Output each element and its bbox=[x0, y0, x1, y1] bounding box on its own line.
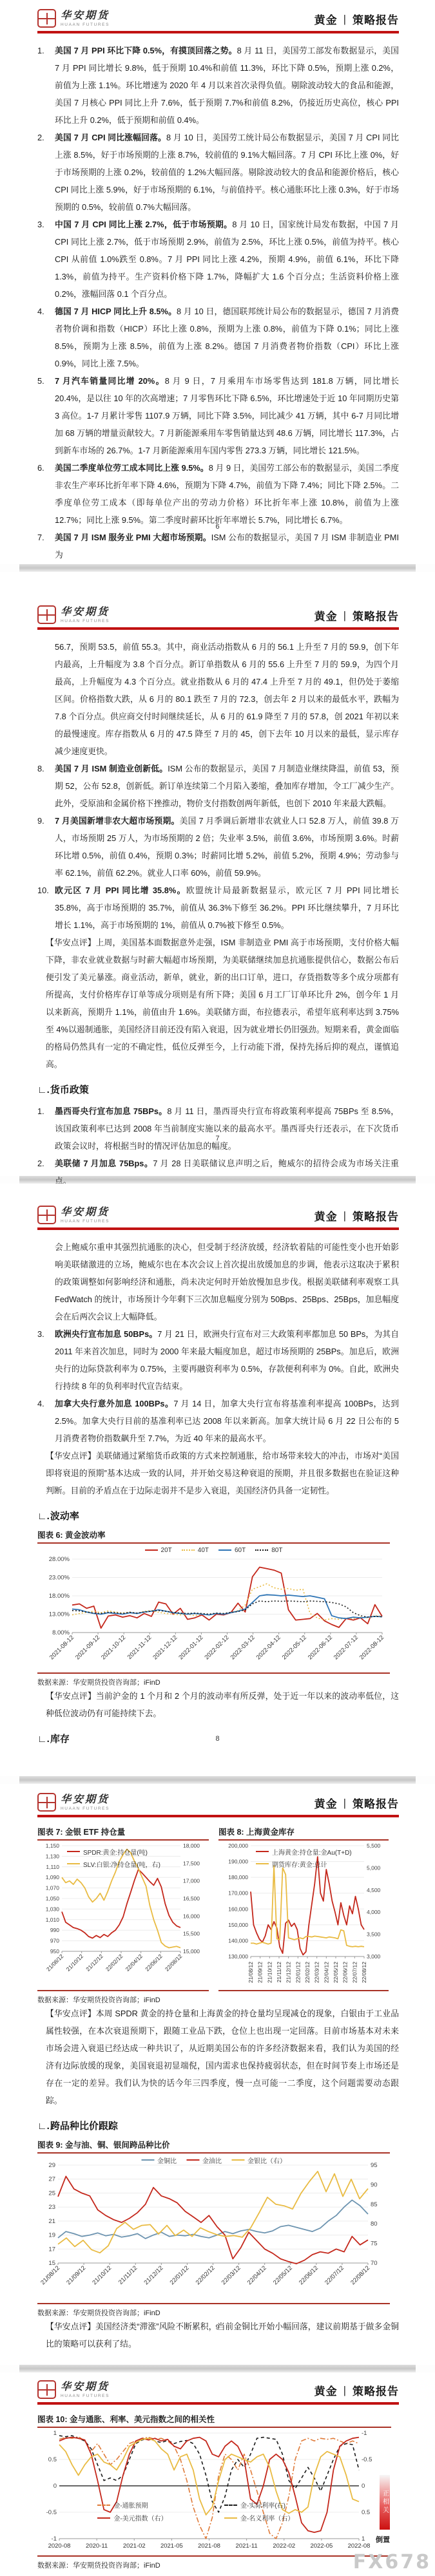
chart-figure-2: 200,000190,000180,000170,000160,000150,0… bbox=[218, 1841, 389, 1990]
brand-logo: 华安期货HUAAN FUTURES bbox=[37, 1206, 110, 1224]
svg-text:18,000: 18,000 bbox=[183, 1842, 200, 1849]
svg-text:70: 70 bbox=[371, 2260, 378, 2267]
svg-text:200,000: 200,000 bbox=[228, 1842, 248, 1849]
header-rule bbox=[37, 2402, 399, 2405]
analyst-comment: 【华安点评】美联储通过紧缩货币政策的方式来控制通胀，给市场带来较大的冲击，市场对… bbox=[46, 1447, 399, 1499]
analyst-comment: 【华安点评】上周，美国基本面数据意外走强，ISM 非制造业 PMI 高于市场预期… bbox=[46, 934, 399, 1073]
svg-text:21/09/12: 21/09/12 bbox=[65, 2264, 87, 2286]
series-line bbox=[59, 2436, 359, 2538]
figure-chart-frame: 28.00%23.00%18.00%13.00%8.00%2021-08-122… bbox=[37, 1542, 390, 1674]
continuation-paragraph: 56.7，预期 53.5，前值 55.3。其中，商业活动指数从 6 月的 56.… bbox=[55, 638, 399, 760]
doc-category: 策略报告 bbox=[353, 1795, 399, 1811]
figure-chart-frame: 1,1501,1301,1101,0901,0701,0501,0301,010… bbox=[37, 1839, 209, 1991]
list-item-heading: 7 月汽车销量同比增 20%。 bbox=[55, 376, 165, 386]
svg-text:17,000: 17,000 bbox=[183, 1877, 200, 1884]
page-content: 图表 10: 金与通胀、利率、美元指数之间的相关性10.50-0.5-1-1-0… bbox=[37, 2413, 399, 2570]
svg-text:22/06/12: 22/06/12 bbox=[144, 1953, 164, 1973]
page-number: 6 bbox=[0, 523, 435, 531]
report-page: 华安期货HUAAN FUTURES黄金|策略报告图表 10: 金与通胀、利率、美… bbox=[0, 2372, 435, 2576]
page-number: 7 bbox=[0, 1135, 435, 1142]
svg-text:-1: -1 bbox=[52, 2535, 57, 2543]
page-body: 华安期货HUAAN FUTURES黄金|策略报告56.7，预期 53.5，前值 … bbox=[0, 605, 435, 1189]
svg-text:80: 80 bbox=[371, 2221, 378, 2228]
svg-text:180,000: 180,000 bbox=[228, 1874, 248, 1880]
svg-text:2022-05: 2022-05 bbox=[310, 2543, 333, 2550]
svg-text:19: 19 bbox=[48, 2231, 55, 2239]
continuation-paragraph: 会上鲍威尔重申其强烈抗通胀的决心，但受制于经济放缓，经济软着陆的可能性变小也开始… bbox=[55, 1238, 399, 1325]
doc-category: 策略报告 bbox=[353, 1207, 399, 1224]
figure-row: 图表 6: 黄金波动率28.00%23.00%18.00%13.00%8.00%… bbox=[37, 1529, 399, 1674]
svg-text:2022-05-12: 2022-05-12 bbox=[281, 1634, 308, 1661]
list-item-text: 欧元区 7 月 PPI 同比增 35.8%。欧盟统计局最新数据显示，欧元区 7 … bbox=[55, 882, 399, 934]
list-item: 6.美国二季度单位劳工成本同比上涨 9.5%。8 月 9 日，美国劳工部公布的数… bbox=[37, 459, 399, 529]
list-item: 7.美国 7 月 ISM 服务业 PMI 大超市场预期。ISM 公布的数据显示，… bbox=[37, 529, 399, 563]
chart-canvas: 28.00%23.00%18.00%13.00%8.00%2021-08-122… bbox=[37, 1544, 390, 1672]
section-heading: ∟.跨品种比价跟踪 bbox=[37, 2119, 399, 2132]
chart-canvas: 10.50-0.5-1-1-0.500.512020-082020-112021… bbox=[37, 2428, 391, 2555]
list-item: 4.加拿大央行意外加息 100BPs。7 月 14 日，加拿大央行宣布将基准利率… bbox=[37, 1395, 399, 1447]
series-line bbox=[72, 1595, 382, 1618]
svg-text:5,500: 5,500 bbox=[367, 1842, 381, 1849]
svg-text:2021-11-12: 2021-11-12 bbox=[126, 1634, 153, 1661]
list-item: 3.中国 7 月 CPI 同比上涨 2.7%，低于市场预期。8 月 10 日，国… bbox=[37, 216, 399, 303]
list-item: 9.7 月美国新增非农大超市场预期。美国 7 月季调后新增非农就业人口 52.8… bbox=[37, 812, 399, 882]
brand-name-en: HUAAN FUTURES bbox=[61, 2394, 110, 2398]
title-divider: | bbox=[343, 1209, 347, 1222]
page-body: 华安期货HUAAN FUTURES黄金|策略报告图表 7: 金银 ETF 持仓量… bbox=[0, 1793, 435, 2353]
list-item-body: 8 月 9 日，7 月乘用车市场零售达到 181.8 万辆，同比增长 20.4%… bbox=[55, 376, 399, 455]
series-line bbox=[72, 1584, 382, 1620]
list-item-text: 美国 7 月 CPI 同比涨幅回落。8 月 10 日，美国劳工统计局公布数据显示… bbox=[55, 129, 399, 216]
figure-row: 图表 9: 金与油、铜、银间跨品种比价292725232119171595908… bbox=[37, 2139, 399, 2304]
page-content: 56.7，预期 53.5，前值 55.3。其中，商业活动指数从 6 月的 56.… bbox=[37, 638, 399, 1189]
list-item-heading: 美联储 7 月加息 75Bps。 bbox=[55, 1159, 153, 1168]
figure-title: 图表 9: 金与油、铜、银间跨品种比价 bbox=[37, 2139, 390, 2150]
brand-name-en: HUAAN FUTURES bbox=[61, 619, 110, 623]
series-line bbox=[59, 2437, 359, 2532]
svg-text:21/10/12: 21/10/12 bbox=[65, 1953, 85, 1973]
title-divider: | bbox=[343, 13, 347, 26]
svg-text:2022-01-12: 2022-01-12 bbox=[177, 1634, 204, 1661]
list-item-heading: 美国 7 月 CPI 同比涨幅回落。 bbox=[55, 133, 166, 142]
huaan-seal-icon bbox=[37, 1206, 56, 1224]
list-item-heading: 德国 7 月 HICP 同比上升 8.5%。 bbox=[55, 307, 177, 316]
svg-text:2021-08-12: 2021-08-12 bbox=[48, 1634, 75, 1661]
inverted-axis-note: 倒置 bbox=[376, 2534, 390, 2544]
svg-text:0.5: 0.5 bbox=[362, 2509, 370, 2516]
list-item-number: 9. bbox=[37, 812, 55, 882]
figure-row: 图表 10: 金与通胀、利率、美元指数之间的相关性10.50-0.5-1-1-0… bbox=[37, 2413, 399, 2557]
svg-text:0: 0 bbox=[362, 2483, 365, 2490]
list-item-text: 欧洲央行宣布加息 50BPs。7 月 21 日，欧洲央行宣布对三大政策利率都加息… bbox=[55, 1325, 399, 1395]
brand-logo: 华安期货HUAAN FUTURES bbox=[37, 605, 110, 624]
svg-text:29: 29 bbox=[48, 2162, 55, 2169]
svg-text:2021-12-12: 2021-12-12 bbox=[151, 1634, 179, 1661]
svg-text:17: 17 bbox=[48, 2246, 55, 2253]
brand-name-cn: 华安期货 bbox=[61, 2382, 110, 2392]
figure: 图表 9: 金与油、铜、银间跨品种比价292725232119171595908… bbox=[37, 2139, 390, 2304]
section-heading: ∟.波动率 bbox=[37, 1509, 399, 1522]
svg-text:28.00%: 28.00% bbox=[49, 1556, 70, 1563]
svg-text:18.00%: 18.00% bbox=[49, 1593, 70, 1600]
svg-text:1,110: 1,110 bbox=[46, 1863, 59, 1870]
report-page: 华安期货HUAAN FUTURES黄金|策略报告56.7，预期 53.5，前值 … bbox=[0, 572, 435, 1176]
svg-text:2022-08: 2022-08 bbox=[348, 2543, 371, 2550]
list-item-text: 美国 7 月 ISM 制造业创新低。ISM 公布的数据显示，美国 7 月制造业继… bbox=[55, 760, 399, 812]
svg-text:2022-06-12: 2022-06-12 bbox=[307, 1634, 334, 1661]
list-item-body: 8 月 11 日，美国劳工部发布数据显示，美国 7 月 PPI 同比增长 9.8… bbox=[55, 46, 399, 125]
svg-text:15,000: 15,000 bbox=[183, 1948, 200, 1955]
section-title: 波动率 bbox=[50, 1511, 79, 1522]
list-item-heading: 中国 7 月 CPI 同比上涨 2.7%，低于市场预期。 bbox=[55, 220, 232, 229]
brand-name-cn: 华安期货 bbox=[61, 1207, 110, 1217]
brand-name-en: HUAAN FUTURES bbox=[61, 1219, 110, 1224]
list-item-heading: 墨西哥央行宣布加息 75BPs。 bbox=[55, 1106, 167, 1116]
series-line bbox=[251, 1857, 364, 1955]
report-page: 华安期货HUAAN FUTURES黄金|策略报告1.美国 7 月 PPI 环比下… bbox=[0, 0, 435, 564]
figure: 图表 8: 上海黄金库存200,000190,000180,000170,000… bbox=[218, 1826, 389, 1991]
svg-text:90: 90 bbox=[371, 2181, 378, 2188]
list-item-body: 8 月 10 日，美国劳工统计局公布数据显示，美国 7 月 CPI 同比上涨 8… bbox=[55, 133, 399, 212]
list-item-number: 3. bbox=[37, 216, 55, 303]
svg-text:2020-11: 2020-11 bbox=[86, 2543, 108, 2550]
svg-text:130,000: 130,000 bbox=[228, 1953, 248, 1960]
list-item-text: 加拿大央行意外加息 100BPs。7 月 14 日，加拿大央行宣布将基准利率提高… bbox=[55, 1395, 399, 1447]
series-line bbox=[58, 2171, 368, 2253]
list-item-text: 德国 7 月 HICP 同比上升 8.5%。8 月 10 日，德国联邦统计局公布… bbox=[55, 303, 399, 372]
report-page: 华安期货HUAAN FUTURES黄金|策略报告图表 7: 金银 ETF 持仓量… bbox=[0, 1784, 435, 2365]
figure-title: 图表 7: 金银 ETF 持仓量 bbox=[37, 1826, 209, 1837]
chart-figure-0: 28.00%23.00%18.00%13.00%8.00%2021-08-122… bbox=[37, 1544, 390, 1672]
svg-text:21/10/12: 21/10/12 bbox=[91, 2264, 113, 2286]
svg-text:3,500: 3,500 bbox=[367, 1931, 381, 1937]
report-page: 华安期货HUAAN FUTURES黄金|策略报告会上鲍威尔重申其强烈抗通胀的决心… bbox=[0, 1184, 435, 1776]
list-item-number: 6. bbox=[37, 459, 55, 529]
header-rule bbox=[37, 627, 399, 630]
page-content: 图表 7: 金银 ETF 持仓量1,1501,1301,1101,0901,07… bbox=[37, 1826, 399, 2353]
list-item-heading: 欧元区 7 月 PPI 同比增 35.8%。 bbox=[55, 885, 186, 895]
chart-figure-4: 10.50-0.5-1-1-0.500.512020-082020-112021… bbox=[37, 2428, 391, 2555]
svg-text:1,090: 1,090 bbox=[46, 1874, 60, 1880]
svg-text:16,500: 16,500 bbox=[183, 1895, 200, 1902]
svg-text:21/11/12: 21/11/12 bbox=[276, 1961, 282, 1982]
page-content: 会上鲍威尔重申其强烈抗通胀的决心，但受制于经济放缓，经济软着陆的可能性变小也开始… bbox=[37, 1238, 399, 1745]
svg-text:22/04/12: 22/04/12 bbox=[124, 1953, 144, 1973]
svg-text:21/08/12: 21/08/12 bbox=[247, 1961, 254, 1982]
svg-text:22/06/12: 22/06/12 bbox=[342, 1961, 349, 1982]
report-type-title: 黄金|策略报告 bbox=[314, 1207, 399, 1224]
svg-text:8.00%: 8.00% bbox=[52, 1629, 70, 1636]
series-line bbox=[62, 1869, 180, 1938]
section-marker: ∟. bbox=[37, 2121, 50, 2132]
svg-text:25: 25 bbox=[48, 2190, 55, 2197]
figure-row: 图表 7: 金银 ETF 持仓量1,1501,1301,1101,0901,07… bbox=[37, 1826, 399, 1991]
report-type-title: 黄金|策略报告 bbox=[314, 607, 399, 624]
svg-text:-0.5: -0.5 bbox=[362, 2456, 372, 2463]
svg-text:2022-08-12: 2022-08-12 bbox=[358, 1634, 385, 1661]
huaan-seal-icon bbox=[37, 605, 56, 624]
figure-chart-frame: 200,000190,000180,000170,000160,000150,0… bbox=[218, 1839, 389, 1991]
doc-topic: 黄金 bbox=[314, 1207, 338, 1224]
series-line bbox=[72, 1601, 382, 1617]
svg-text:22/03/12: 22/03/12 bbox=[314, 1961, 320, 1982]
svg-text:22/01/12: 22/01/12 bbox=[295, 1961, 301, 1982]
svg-text:22/03/12: 22/03/12 bbox=[220, 2264, 242, 2286]
svg-text:150,000: 150,000 bbox=[228, 1921, 248, 1927]
chart-figure-1: 1,1501,1301,1101,0901,0701,0501,0301,010… bbox=[37, 1841, 209, 1990]
list-item-number: 1. bbox=[37, 1103, 55, 1155]
header-rule bbox=[37, 1227, 399, 1230]
list-item: 1.墨西哥央行宣布加息 75BPs。8 月 11 日，墨西哥央行宣布将政策利率提… bbox=[37, 1103, 399, 1155]
doc-topic: 黄金 bbox=[314, 2382, 338, 2398]
svg-text:2021-09-12: 2021-09-12 bbox=[74, 1634, 101, 1661]
svg-text:4,500: 4,500 bbox=[367, 1886, 381, 1893]
svg-text:950: 950 bbox=[50, 1948, 59, 1955]
list-item: 8.美国 7 月 ISM 制造业创新低。ISM 公布的数据显示，美国 7 月制造… bbox=[37, 760, 399, 812]
svg-text:85: 85 bbox=[371, 2201, 378, 2208]
brand-logo: 华安期货HUAAN FUTURES bbox=[37, 2380, 110, 2399]
svg-text:190,000: 190,000 bbox=[228, 1858, 248, 1864]
svg-text:22/01/12: 22/01/12 bbox=[169, 2264, 191, 2286]
figure-chart-frame: 10.50-0.5-1-1-0.500.512020-082020-112021… bbox=[37, 2427, 391, 2557]
page-body: 华安期货HUAAN FUTURES黄金|策略报告会上鲍威尔重申其强烈抗通胀的决心… bbox=[0, 1206, 435, 1745]
svg-text:140,000: 140,000 bbox=[228, 1937, 248, 1944]
brand-logo: 华安期货HUAAN FUTURES bbox=[37, 1793, 110, 1812]
figure-chart-frame: 292725232119171595908580757021/08/1221/0… bbox=[37, 2152, 390, 2304]
svg-text:22/07/12: 22/07/12 bbox=[324, 2264, 345, 2286]
doc-category: 策略报告 bbox=[353, 11, 399, 27]
positive-correlation-bar: 正相关 bbox=[380, 2475, 390, 2530]
report-header: 华安期货HUAAN FUTURES黄金|策略报告 bbox=[37, 1206, 399, 1224]
huaan-seal-icon bbox=[37, 2380, 56, 2399]
svg-text:22/07/12: 22/07/12 bbox=[351, 1961, 358, 1982]
svg-text:22/02/12: 22/02/12 bbox=[195, 2264, 217, 2286]
document-viewer: 华安期货HUAAN FUTURES黄金|策略报告1.美国 7 月 PPI 环比下… bbox=[0, 0, 435, 2576]
report-type-title: 黄金|策略报告 bbox=[314, 11, 399, 28]
svg-text:27: 27 bbox=[48, 2175, 55, 2183]
page-separator bbox=[19, 2365, 416, 2372]
list-item: 3.欧洲央行宣布加息 50BPs。7 月 21 日，欧洲央行宣布对三大政策利率都… bbox=[37, 1325, 399, 1395]
svg-text:1: 1 bbox=[362, 2535, 365, 2543]
report-header: 华安期货HUAAN FUTURES黄金|策略报告 bbox=[37, 9, 399, 28]
data-source-note: 数据来源：华安期货投资咨询部；iFinD bbox=[37, 2307, 399, 2318]
list-item-text: 7 月美国新增非农大超市场预期。美国 7 月季调后新增非农就业人口 52.8 万… bbox=[55, 812, 399, 882]
svg-text:2022-03-12: 2022-03-12 bbox=[229, 1634, 256, 1661]
section-marker: ∟. bbox=[37, 1084, 50, 1095]
brand-name-cn: 华安期货 bbox=[61, 1794, 110, 1804]
corr-bar-label: 正相关 bbox=[380, 2490, 390, 2515]
svg-text:22/02/12: 22/02/12 bbox=[304, 1961, 311, 1982]
svg-text:23.00%: 23.00% bbox=[49, 1574, 70, 1581]
data-source-note: 数据来源：华安期货投资咨询部；iFinD bbox=[37, 2560, 399, 2570]
brand-name-en: HUAAN FUTURES bbox=[61, 23, 110, 27]
fx678-watermark: FX678 bbox=[353, 2551, 431, 2573]
svg-text:22/08/12: 22/08/12 bbox=[349, 2264, 371, 2286]
section-marker: ∟. bbox=[37, 1511, 50, 1522]
page-content: 1.美国 7 月 PPI 环比下降 0.5%，有摸顶回落之势。8 月 11 日，… bbox=[37, 42, 399, 563]
list-item-text: 7 月汽车销量同比增 20%。8 月 9 日，7 月乘用车市场零售达到 181.… bbox=[55, 372, 399, 459]
figure: 图表 7: 金银 ETF 持仓量1,1501,1301,1101,0901,07… bbox=[37, 1826, 209, 1991]
list-item-number: 7. bbox=[37, 529, 55, 563]
report-type-title: 黄金|策略报告 bbox=[314, 1795, 399, 1812]
list-item-heading: 欧洲央行宣布加息 50BPs。 bbox=[55, 1329, 157, 1339]
doc-topic: 黄金 bbox=[314, 607, 338, 623]
svg-text:22/05/12: 22/05/12 bbox=[333, 1961, 339, 1982]
list-item-number: 2. bbox=[37, 129, 55, 216]
list-item-heading: 美国二季度单位劳工成本同比上涨 9.5%。 bbox=[55, 463, 209, 473]
brand-text: 华安期货HUAAN FUTURES bbox=[61, 607, 110, 623]
page-body: 华安期货HUAAN FUTURES黄金|策略报告图表 10: 金与通胀、利率、美… bbox=[0, 2380, 435, 2570]
list-item-number: 3. bbox=[37, 1325, 55, 1395]
report-header: 华安期货HUAAN FUTURES黄金|策略报告 bbox=[37, 605, 399, 624]
svg-text:2021-08: 2021-08 bbox=[198, 2543, 220, 2550]
brand-name-en: HUAAN FUTURES bbox=[61, 1806, 110, 1811]
list-item-number: 10. bbox=[37, 882, 55, 934]
brand-text: 华安期货HUAAN FUTURES bbox=[61, 1207, 110, 1224]
header-rule bbox=[37, 31, 399, 33]
svg-text:2021-05: 2021-05 bbox=[160, 2543, 183, 2550]
svg-text:2021-02: 2021-02 bbox=[123, 2543, 146, 2550]
figure: 图表 10: 金与通胀、利率、美元指数之间的相关性10.50-0.5-1-1-0… bbox=[37, 2413, 391, 2557]
list-item: 10.欧元区 7 月 PPI 同比增 35.8%。欧盟统计局最新数据显示，欧元区… bbox=[37, 882, 399, 934]
chart-figure-3: 292725232119171595908580757021/08/1221/0… bbox=[37, 2154, 390, 2303]
list-item-number: 8. bbox=[37, 760, 55, 812]
svg-text:1,150: 1,150 bbox=[46, 1842, 60, 1849]
analyst-comment: 【华安点评】当前沪金的 1 个月和 2 个月的波动率有所反弹，处于近一年以来的波… bbox=[46, 1687, 399, 1722]
title-divider: | bbox=[343, 609, 347, 622]
svg-text:16,000: 16,000 bbox=[183, 1913, 200, 1919]
page-number: 8 bbox=[0, 1735, 435, 1743]
svg-text:-1: -1 bbox=[362, 2430, 367, 2437]
svg-text:75: 75 bbox=[371, 2240, 378, 2247]
brand-name-cn: 华安期货 bbox=[61, 607, 110, 617]
brand-text: 华安期货HUAAN FUTURES bbox=[61, 2382, 110, 2398]
svg-text:21/11/12: 21/11/12 bbox=[117, 2264, 139, 2286]
svg-text:0: 0 bbox=[53, 2483, 57, 2490]
list-item: 5.7 月汽车销量同比增 20%。8 月 9 日，7 月乘用车市场零售达到 18… bbox=[37, 372, 399, 459]
list-item-heading: 7 月美国新增非农大超市场预期。 bbox=[55, 816, 180, 826]
svg-text:4,000: 4,000 bbox=[367, 1909, 381, 1915]
svg-text:0.5: 0.5 bbox=[48, 2456, 57, 2463]
report-header: 华安期货HUAAN FUTURES黄金|策略报告 bbox=[37, 1793, 399, 1812]
chart-canvas: 200,000190,000180,000170,000160,000150,0… bbox=[218, 1841, 389, 1990]
svg-text:1,130: 1,130 bbox=[46, 1853, 60, 1859]
svg-text:2021-10-12: 2021-10-12 bbox=[100, 1634, 127, 1661]
svg-text:990: 990 bbox=[50, 1927, 59, 1933]
huaan-seal-icon bbox=[37, 9, 56, 28]
list-item-text: 墨西哥央行宣布加息 75BPs。8 月 11 日，墨西哥央行宣布将政策利率提高 … bbox=[55, 1103, 399, 1155]
svg-text:21: 21 bbox=[48, 2217, 55, 2224]
list-item-number: 4. bbox=[37, 303, 55, 372]
report-header: 华安期货HUAAN FUTURES黄金|策略报告 bbox=[37, 2380, 399, 2399]
brand-text: 华安期货HUAAN FUTURES bbox=[61, 10, 110, 27]
list-item-text: 美国 7 月 ISM 服务业 PMI 大超市场预期。ISM 公布的数据显示，美国… bbox=[55, 529, 399, 563]
svg-text:17,500: 17,500 bbox=[183, 1860, 200, 1866]
page-separator bbox=[19, 564, 416, 572]
brand-logo: 华安期货HUAAN FUTURES bbox=[37, 9, 110, 28]
section-title: 货币政策 bbox=[50, 1084, 89, 1095]
list-item-text: 美国 7 月 PPI 环比下降 0.5%，有摸顶回落之势。8 月 11 日，美国… bbox=[55, 42, 399, 129]
list-item: 1.美国 7 月 PPI 环比下降 0.5%，有摸顶回落之势。8 月 11 日，… bbox=[37, 42, 399, 129]
list-item-text: 美国二季度单位劳工成本同比上涨 9.5%。8 月 9 日，美国劳工部公布的数据显… bbox=[55, 459, 399, 529]
brand-name-cn: 华安期货 bbox=[61, 10, 110, 21]
list-item-number: 4. bbox=[37, 1395, 55, 1447]
list-item-text: 中国 7 月 CPI 同比上涨 2.7%，低于市场预期。8 月 10 日，国家统… bbox=[55, 216, 399, 303]
svg-text:22/06/12: 22/06/12 bbox=[298, 2264, 320, 2286]
svg-text:970: 970 bbox=[50, 1937, 59, 1944]
svg-text:22/05/12: 22/05/12 bbox=[272, 2264, 294, 2286]
svg-text:1,030: 1,030 bbox=[46, 1906, 60, 1912]
title-divider: | bbox=[343, 1797, 347, 1810]
svg-text:21/10/12: 21/10/12 bbox=[266, 1961, 273, 1982]
analyst-comment: 【华安点评】本周 SPDR 黄金的持仓量和上海黄金的持仓量均呈现减仓的现象，白银… bbox=[46, 2005, 399, 2109]
page-separator bbox=[19, 1776, 416, 1784]
list-item-heading: 美国 7 月 PPI 环比下降 0.5%，有摸顶回落之势。 bbox=[55, 46, 237, 55]
series-line bbox=[58, 2176, 368, 2264]
data-source-note: 数据来源：华安期货投资咨询部；iFinD bbox=[37, 1677, 399, 1687]
section-title: 跨品种比价跟踪 bbox=[50, 2121, 118, 2132]
svg-text:2022-04-12: 2022-04-12 bbox=[255, 1634, 282, 1661]
huaan-seal-icon bbox=[37, 1793, 56, 1812]
svg-text:2022-02: 2022-02 bbox=[273, 2543, 295, 2550]
title-divider: | bbox=[343, 2384, 347, 2397]
svg-text:3,000: 3,000 bbox=[367, 1953, 381, 1960]
svg-text:22/08/12: 22/08/12 bbox=[361, 1961, 367, 1982]
doc-category: 策略报告 bbox=[353, 2382, 399, 2398]
svg-text:2020-08: 2020-08 bbox=[48, 2543, 71, 2550]
svg-text:21/09/12: 21/09/12 bbox=[257, 1961, 264, 1982]
doc-category: 策略报告 bbox=[353, 607, 399, 623]
chart-canvas: 292725232119171595908580757021/08/1221/0… bbox=[37, 2154, 390, 2303]
svg-text:-0.5: -0.5 bbox=[46, 2509, 57, 2516]
svg-text:170,000: 170,000 bbox=[228, 1889, 248, 1896]
svg-text:1,070: 1,070 bbox=[46, 1884, 60, 1891]
list-item-body: 8 月 10 日，国家统计局发布数据，中国 7 月 CPI 同比上涨 2.7%，… bbox=[55, 220, 399, 299]
figure: 图表 6: 黄金波动率28.00%23.00%18.00%13.00%8.00%… bbox=[37, 1529, 390, 1674]
svg-text:22/08/12: 22/08/12 bbox=[164, 1953, 184, 1973]
series-line bbox=[59, 2438, 359, 2515]
analyst-comment: 【华安点评】美国经济类“滞涨”风险不断累积，当前金铜比开始小幅回落，建议前期基于… bbox=[46, 2318, 399, 2353]
list-item-number: 1. bbox=[37, 42, 55, 129]
svg-text:160,000: 160,000 bbox=[228, 1906, 248, 1912]
svg-text:2022-02-12: 2022-02-12 bbox=[203, 1634, 230, 1661]
list-item-heading: 美国 7 月 ISM 制造业创新低。 bbox=[55, 764, 168, 773]
svg-text:5,000: 5,000 bbox=[367, 1864, 381, 1871]
svg-text:22/04/12: 22/04/12 bbox=[323, 1961, 329, 1982]
svg-text:23: 23 bbox=[48, 2204, 55, 2211]
svg-text:1: 1 bbox=[53, 2430, 57, 2437]
svg-text:21/12/12: 21/12/12 bbox=[285, 1961, 292, 1982]
list-item: 4.德国 7 月 HICP 同比上升 8.5%。8 月 10 日，德国联邦统计局… bbox=[37, 303, 399, 372]
doc-topic: 黄金 bbox=[314, 1795, 338, 1811]
svg-text:95: 95 bbox=[371, 2162, 378, 2169]
svg-text:2021-11: 2021-11 bbox=[236, 2543, 258, 2550]
header-rule bbox=[37, 1815, 399, 1817]
svg-text:2022-07-12: 2022-07-12 bbox=[333, 1634, 360, 1661]
svg-text:21/08/12: 21/08/12 bbox=[39, 2264, 61, 2286]
svg-text:1,050: 1,050 bbox=[46, 1895, 60, 1902]
doc-topic: 黄金 bbox=[314, 11, 338, 27]
page-number: 9 bbox=[0, 2324, 435, 2331]
chart-canvas: 1,1501,1301,1101,0901,0701,0501,0301,010… bbox=[37, 1841, 209, 1990]
data-source-note: 数据来源：华安期货投资咨询部；iFinD bbox=[37, 1994, 399, 2005]
list-item-number: 5. bbox=[37, 372, 55, 459]
list-item-heading: 加拿大央行意外加息 100BPs。 bbox=[55, 1399, 173, 1408]
svg-text:22/02/12: 22/02/12 bbox=[104, 1953, 124, 1973]
svg-text:1,010: 1,010 bbox=[46, 1916, 60, 1922]
svg-text:22/04/12: 22/04/12 bbox=[246, 2264, 268, 2286]
svg-text:15,500: 15,500 bbox=[183, 1930, 200, 1937]
